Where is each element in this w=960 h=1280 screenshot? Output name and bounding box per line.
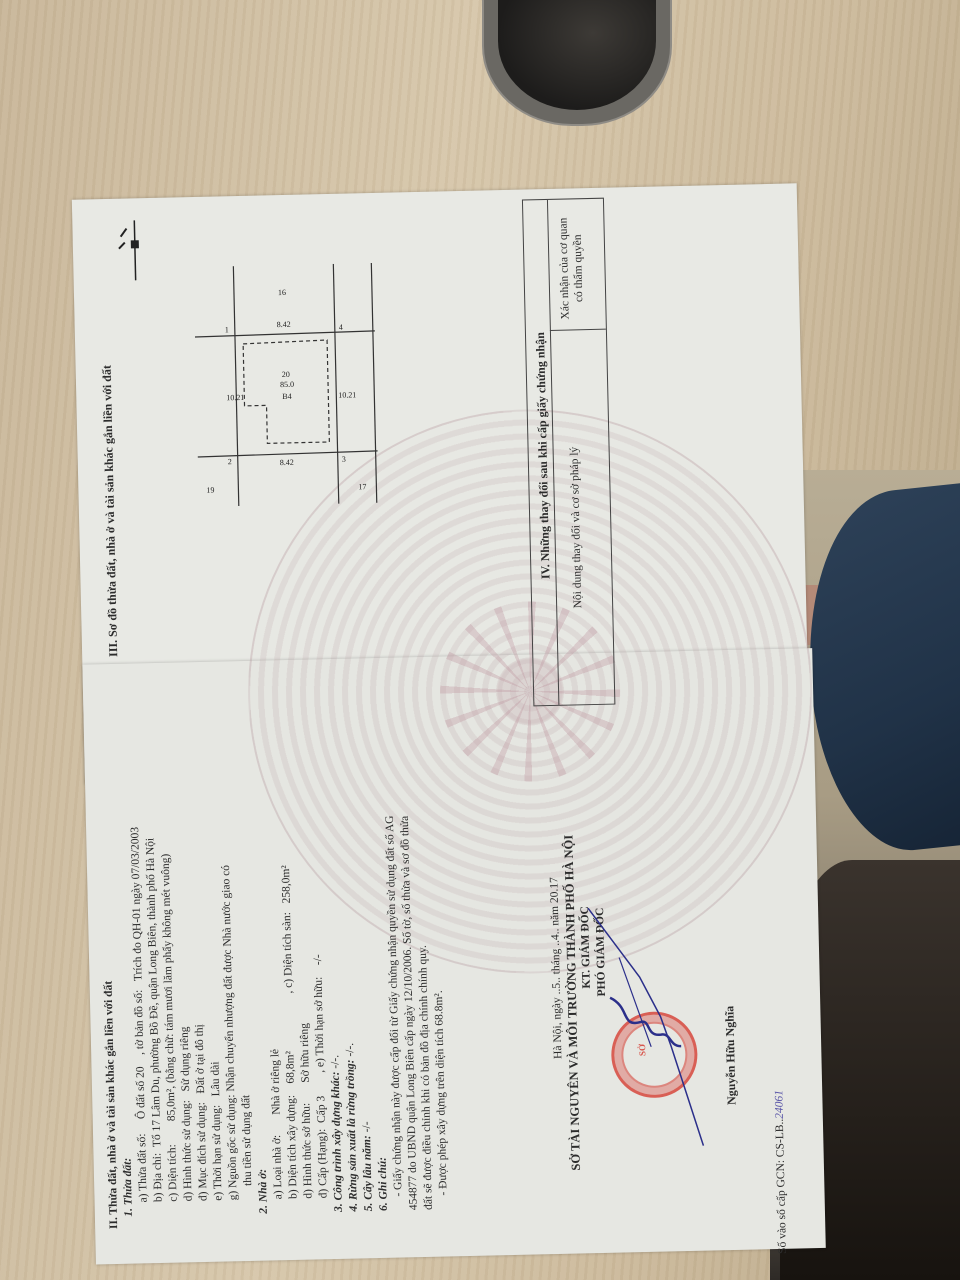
vertex-label: 3 — [342, 455, 346, 464]
vertex-label: 1 — [225, 325, 229, 334]
parcel-area: 85.0 — [280, 380, 294, 389]
handwritten-registry-number: 24061 — [773, 1090, 786, 1119]
parcel-diagram: 1 2 3 4 16 19 17 8.42 10.21 8.42 10.21 2… — [193, 262, 398, 506]
neighbor-label: 16 — [278, 288, 286, 297]
edge-length: 10.21 — [226, 393, 244, 402]
neighbor-label: 17 — [358, 482, 366, 491]
land-certificate: III. Sơ đồ thửa đất, nhà ở và tài sản kh… — [60, 103, 826, 1259]
confirmation-column-header: Xác nhận của cơ quan có thẩm quyền — [556, 213, 586, 324]
edge-length: 8.42 — [280, 458, 294, 467]
house-label: B4 — [282, 392, 292, 401]
vertex-label: 4 — [339, 323, 343, 332]
signer-name: Nguyễn Hữu Nghĩa — [722, 1006, 739, 1106]
north-arrow-icon — [114, 214, 156, 285]
vertex-label: 2 — [228, 457, 232, 466]
handwritten-signature — [548, 895, 734, 1159]
section2-content: II. Thửa đất, nhà ở và tài sản khác gắn … — [98, 814, 452, 1229]
neighbor-label: 19 — [206, 486, 214, 495]
parcel-number: 20 — [282, 370, 290, 379]
edge-length: 8.42 — [277, 320, 291, 329]
edge-length: 10.21 — [338, 390, 356, 399]
